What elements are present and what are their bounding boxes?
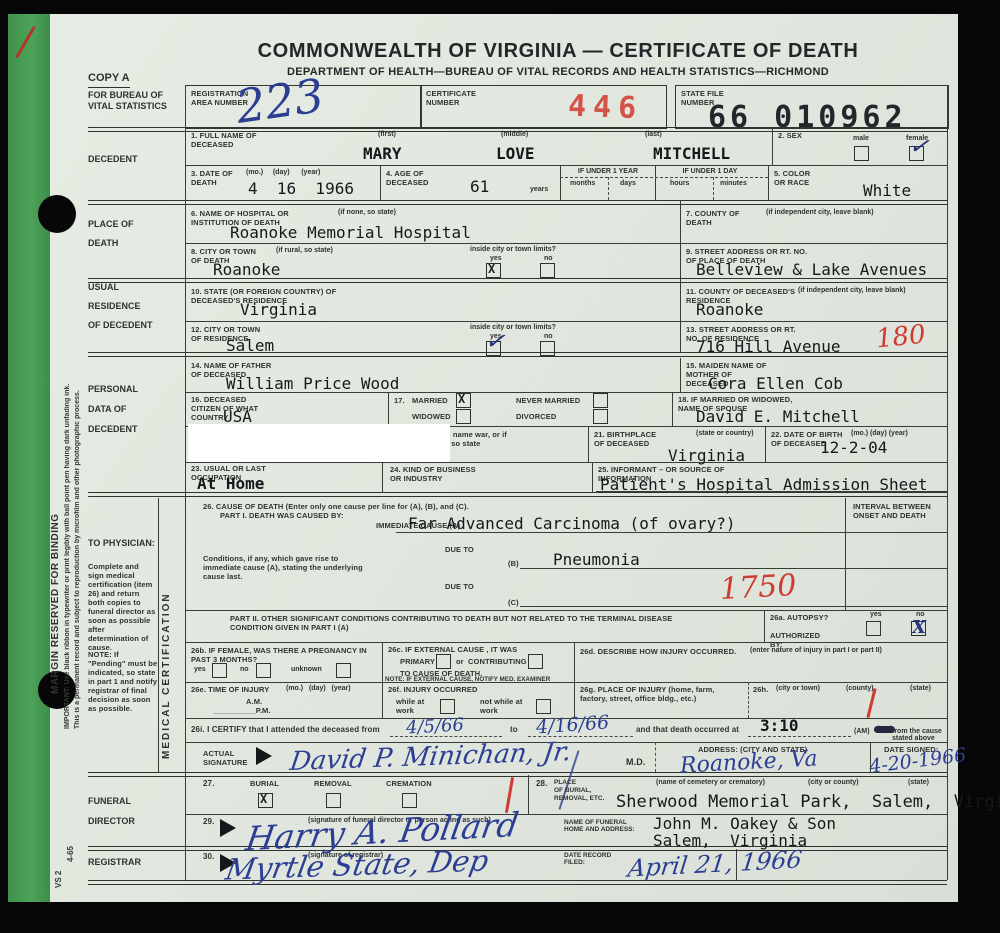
f26a-label: 26a. AUTOPSY? [770, 613, 828, 622]
f26f-label: 26f. INJURY OCCURRED [388, 685, 478, 694]
f13-red-annotation: 180 [875, 319, 928, 354]
side-funeral-1: FUNERAL [88, 796, 131, 807]
f1-middle-value: LOVE [496, 144, 535, 163]
rule [185, 642, 947, 643]
rule [520, 606, 947, 607]
f26g-label: 26g. PLACE OF INJURY (home, farm, factor… [580, 685, 730, 703]
rule [185, 165, 947, 166]
cell-border [765, 426, 766, 462]
side-decedent: DECEDENT [88, 154, 138, 165]
f26c-line1: 26c. IF EXTERNAL CAUSE , IT WAS [388, 645, 517, 654]
f26i-to-word: to [510, 725, 518, 735]
punch-hole-top [38, 195, 76, 233]
f11-cap: (if independent city, leave blank) [798, 287, 906, 294]
cell-border [680, 200, 681, 352]
f15-value: Cora Ellen Cob [708, 374, 843, 393]
f26e-caps: (mo.) (day) (year) [286, 685, 351, 692]
f5-value: White [863, 181, 911, 200]
red-slash-26h [866, 688, 876, 718]
f3-label: 3. DATE OF DEATH [191, 169, 239, 187]
cell-border [655, 165, 656, 200]
rule [88, 200, 947, 205]
f29-number: 29. [203, 817, 214, 827]
f21-cap: (state or country) [696, 430, 754, 437]
margin-binding-note2: This is a permanent record and subject t… [74, 309, 81, 729]
divorced-checkbox [593, 409, 608, 424]
actual-signature-label-2: SIGNATURE [203, 758, 248, 767]
attended-from-date: 4/5/66 [405, 714, 464, 738]
f4-years-cap: years [530, 186, 548, 193]
autopsy-no-mark: X [912, 617, 926, 638]
rule [185, 321, 947, 322]
f4-value: 61 [470, 177, 489, 196]
side-place-1: PLACE OF [88, 219, 134, 230]
side-personal-3: DECEDENT [88, 424, 138, 435]
rule [560, 177, 768, 178]
f30-number: 30. [203, 852, 214, 862]
attended-to-date: 4/16/66 [535, 711, 610, 738]
whiteout-patch [188, 424, 450, 462]
rule [520, 568, 947, 569]
f24-label: 24. KIND OF BUSINESS OR INDUSTRY [390, 465, 480, 483]
f1-last-cap: (last) [645, 131, 662, 138]
cremation-checkbox [402, 793, 417, 808]
f12-value: Salem [226, 336, 274, 355]
certificate-number-label: CERTIFICATE NUMBER [426, 89, 481, 107]
f12-limits-cap: inside city or town limits? [470, 324, 556, 331]
copy-label: COPY A [88, 72, 130, 88]
interval-label: INTERVAL BETWEEN ONSET AND DEATH [853, 502, 938, 520]
autopsy-yes-checkbox [866, 621, 881, 636]
rule [185, 682, 947, 683]
f8-no-checkbox [540, 263, 555, 278]
f26i-am-cap: (AM) [854, 728, 870, 735]
f26c-or-label: or [456, 657, 464, 666]
cause-c-marker: (C) [508, 598, 519, 607]
form-revision: 4-65 [66, 822, 75, 862]
female-check-mark: ✓ [907, 131, 931, 162]
rule [596, 491, 947, 492]
f28-number: 28. [536, 779, 547, 789]
cell-border [845, 498, 846, 610]
f1-label: 1. FULL NAME OF DECEASED [191, 131, 261, 149]
f26c-primary-label: PRIMARY [400, 657, 435, 666]
conditions-note: Conditions, if any, which gave rise to i… [203, 554, 373, 581]
f6-value: Roanoke Memorial Hospital [230, 223, 471, 242]
margin-binding-title: MARGIN RESERVED FOR BINDING [50, 334, 61, 694]
physician-signature: David P. Minichan, Jr. [288, 737, 573, 777]
f28-label: PLACE OF BURIAL, REMOVAL, ETC. [554, 779, 604, 803]
part2-label: PART II. OTHER SIGNIFICANT CONDITIONS CO… [230, 614, 710, 632]
side-residence-3: OF DECEDENT [88, 320, 153, 331]
pending-note: NOTE: If "Pending" must be indicated, so… [88, 650, 158, 713]
f1-last-value: MITCHELL [653, 144, 730, 163]
f11-value: Roanoke [696, 300, 763, 319]
rule [528, 736, 633, 737]
side-funeral-2: DIRECTOR [88, 816, 135, 827]
due-to-label-2: DUE TO [445, 582, 474, 591]
side-personal-1: PERSONAL [88, 384, 138, 395]
cell-border [382, 642, 383, 682]
cell-border [764, 610, 765, 642]
cell-border [560, 165, 561, 200]
rule [185, 610, 947, 611]
rule [748, 736, 851, 737]
f7-cap: (if independent city, leave blank) [766, 209, 874, 216]
f8-no-cap: no [544, 255, 553, 262]
f26h-county-cap: (county) [846, 685, 874, 692]
cell-border [574, 642, 575, 682]
pregnancy-yes-checkbox [212, 663, 227, 678]
side-registrar: REGISTRAR [88, 857, 141, 868]
f8-yes-mark: X [488, 262, 495, 276]
burial-checkbox: X [258, 793, 273, 808]
never-married-checkbox [593, 393, 608, 408]
f26b-no-cap: no [240, 666, 249, 673]
f17-number: 17. [394, 396, 405, 405]
death-time-value: 3:10 [760, 716, 799, 735]
f1-middle-cap: (middle) [501, 131, 528, 138]
f28-label-line2: OF BURIAL, [554, 787, 604, 795]
f26d-cap: (enter nature of injury in part I or par… [750, 647, 882, 654]
f6-cap: (if none, so state) [338, 209, 396, 216]
f8-limits-cap: inside city or town limits? [470, 246, 556, 253]
actual-signature-label-1: ACTUAL [203, 749, 234, 758]
rule [88, 880, 947, 885]
f1-first-value: MARY [363, 144, 402, 163]
f26c-contributing-label: CONTRIBUTING [468, 657, 527, 666]
pregnancy-no-checkbox [256, 663, 271, 678]
cell-border [574, 682, 575, 718]
f28-label-line1: PLACE [554, 779, 604, 787]
not-while-at-work-checkbox [536, 699, 551, 714]
signature-arrow-icon [256, 747, 272, 765]
f8-yes-checkbox: X [486, 263, 501, 278]
physician-note: Complete and sign medical certification … [88, 562, 156, 652]
f14-value: William Price Wood [226, 374, 399, 393]
cell-border [680, 358, 681, 392]
married-mark: X [458, 392, 465, 406]
male-checkbox [854, 146, 869, 161]
f30-filed-label: DATE RECORD FILED: [564, 852, 626, 866]
cell-border [588, 426, 589, 462]
to-physician-label: TO PHYSICIAN: [88, 538, 158, 549]
md-label: M.D. [626, 757, 645, 768]
f7-label: 7. COUNTY OF DEATH [686, 209, 756, 227]
rule [713, 177, 714, 200]
cell-border [772, 127, 773, 165]
f27-cremation-label: CREMATION [386, 779, 432, 788]
medical-certification-label: MEDICAL CERTIFICATION [161, 519, 172, 759]
f4-under1day-label: IF UNDER 1 DAY [660, 168, 760, 175]
f28-value: Sherwood Memorial Park, Salem, Virginia [616, 792, 1000, 812]
f4-label: 4. AGE OF DECEASED [386, 169, 441, 187]
rule [748, 682, 749, 718]
f28-label-line3: REMOVAL, ETC. [554, 795, 604, 803]
rule [185, 462, 947, 463]
f3-caps: (mo.) (day) (year) [246, 169, 320, 176]
f26c-line3: NOTE: IF EXTERNAL CAUSE, NOTIFY MED. EXA… [385, 676, 550, 683]
f27-burial-label: BURIAL [250, 779, 279, 788]
f17-divorced-label: DIVORCED [516, 412, 556, 421]
f4-minutes-cap: minutes [720, 180, 747, 187]
side-personal-2: DATA OF [88, 404, 126, 415]
f26f-while-label: while at work [396, 697, 434, 715]
form-left-border [185, 85, 186, 880]
binding-green-strip [8, 14, 50, 902]
contributing-checkbox [528, 654, 543, 669]
f26-part1-label: PART I. DEATH WAS CAUSED BY: [220, 511, 344, 520]
while-at-work-checkbox [440, 699, 455, 714]
f26i-rest-cap: from the cause stated above [892, 728, 947, 742]
f23-value: At Home [197, 474, 264, 493]
cell-border [380, 165, 381, 200]
married-checkbox: X [456, 393, 471, 408]
f27-removal-label: REMOVAL [314, 779, 352, 788]
f22-caps: (mo.) (day) (year) [851, 430, 908, 437]
f26-label: 26. CAUSE OF DEATH (Enter only one cause… [203, 502, 763, 511]
f3-value: 4 16 1966 [248, 179, 354, 198]
f26a-yes-cap: yes [870, 611, 882, 618]
f8-yes-cap: yes [490, 255, 502, 262]
cell-border [768, 165, 769, 200]
cell-border [592, 462, 593, 492]
f2-label: 2. SEX [778, 131, 802, 140]
cause-a-value: Far Advanced Carcinoma (of ovary?) [408, 514, 736, 533]
burial-mark: X [260, 792, 267, 806]
removal-checkbox [326, 793, 341, 808]
f26h-state-cap: (state) [910, 685, 931, 692]
cell-border [672, 392, 673, 426]
cell-border [388, 392, 389, 426]
bureau-label: FOR BUREAU OF VITAL STATISTICS [88, 90, 170, 113]
due-to-label-1: DUE TO [445, 545, 474, 554]
f5-label: 5. COLOR OR RACE [774, 169, 819, 187]
f21-label: 21. BIRTHPLACE OF DECEASED [594, 430, 669, 448]
scanned-death-certificate: { "header": { "title": "COMMONWEALTH OF … [0, 0, 1000, 933]
form-code: VS 2 [54, 848, 63, 888]
f26e-pm-label: __________P.M. [213, 706, 271, 715]
f2-male-cap: male [853, 135, 869, 142]
side-place-2: DEATH [88, 238, 118, 249]
rule [396, 532, 947, 533]
f28-state-cap: (state) [908, 779, 929, 786]
f26b-yes-cap: yes [194, 666, 206, 673]
f26f-notwhile-label: not while at work [480, 697, 525, 715]
f12-no-cap: no [544, 333, 553, 340]
side-residence-1: USUAL [88, 282, 119, 293]
f4-hours-cap: hours [670, 180, 689, 187]
cause-b-marker: (B) [508, 559, 519, 568]
certificate-number-stamp: 446 [567, 89, 643, 127]
cell-border [528, 775, 529, 814]
pregnancy-unknown-checkbox [336, 663, 351, 678]
f8-value: Roanoke [213, 260, 280, 279]
f4-months-cap: months [570, 180, 595, 187]
f22-value: 12-2-04 [820, 438, 887, 457]
f26d-label: 26d. DESCRIBE HOW INJURY OCCURRED. [580, 647, 736, 656]
f26h-city-cap: (city or town) [776, 685, 820, 692]
f29-home-label: NAME OF FUNERAL HOME AND ADDRESS: [564, 819, 644, 833]
f26b-label: 26b. IF FEMALE, WAS THERE A PREGNANCY IN… [191, 646, 371, 664]
rule [655, 742, 656, 772]
rule [608, 177, 609, 200]
f26i-line1: 26i. I CERTIFY that I attended the decea… [191, 725, 380, 735]
f17-never-label: NEVER MARRIED [516, 396, 580, 405]
cell-border [382, 462, 383, 492]
medcert-strip-border [158, 498, 159, 772]
certificate-title: COMMONWEALTH OF VIRGINIA — CERTIFICATE O… [208, 40, 908, 63]
funeral-director-arrow-icon [220, 819, 236, 837]
rule [185, 243, 947, 244]
f9-value: Belleview & Lake Avenues [696, 260, 927, 279]
margin-binding-note1: IMPORTANT: Use black ribbon in typewrite… [64, 299, 71, 729]
f17-widowed-label: WIDOWED [412, 412, 451, 421]
primary-checkbox [436, 654, 451, 669]
widowed-checkbox [456, 409, 471, 424]
red-1750-annotation: 1750 [719, 568, 797, 607]
f26e-label: 26e. TIME OF INJURY [191, 685, 269, 694]
f21-value: Virginia [668, 446, 745, 465]
f28-cemetery-cap: (name of cemetery or crematory) [656, 779, 765, 786]
f8-cap: (if rural, so state) [276, 247, 333, 254]
f18-value: David E. Mitchell [696, 407, 860, 426]
certificate-paper: MARGIN RESERVED FOR BINDING IMPORTANT: U… [8, 14, 958, 902]
f26e-am-label: A.M. [246, 697, 262, 706]
cell-border [382, 682, 383, 718]
f1-first-cap: (first) [378, 131, 396, 138]
f26i-line2: and that death occurred at [636, 725, 739, 735]
f12-yes-mark: ✓ [484, 326, 507, 356]
f12-no-checkbox [540, 341, 555, 356]
f13-value: 716 Hill Avenue [696, 337, 841, 356]
rule [88, 772, 947, 777]
f10-value: Virginia [240, 300, 317, 319]
f26h-number: 26h. [753, 685, 768, 694]
f17-married-label: MARRIED [412, 396, 448, 405]
f4-under1year-label: IF UNDER 1 YEAR [568, 168, 648, 175]
f26b-unknown-cap: unknown [291, 666, 322, 673]
f4-days-cap: days [620, 180, 636, 187]
f28-city-cap: (city or county) [808, 779, 859, 786]
cause-b-value: Pneumonia [553, 550, 640, 569]
rule [390, 736, 502, 737]
rule [88, 846, 947, 851]
f27-number: 27. [203, 779, 214, 789]
side-residence-2: RESIDENCE [88, 301, 141, 312]
